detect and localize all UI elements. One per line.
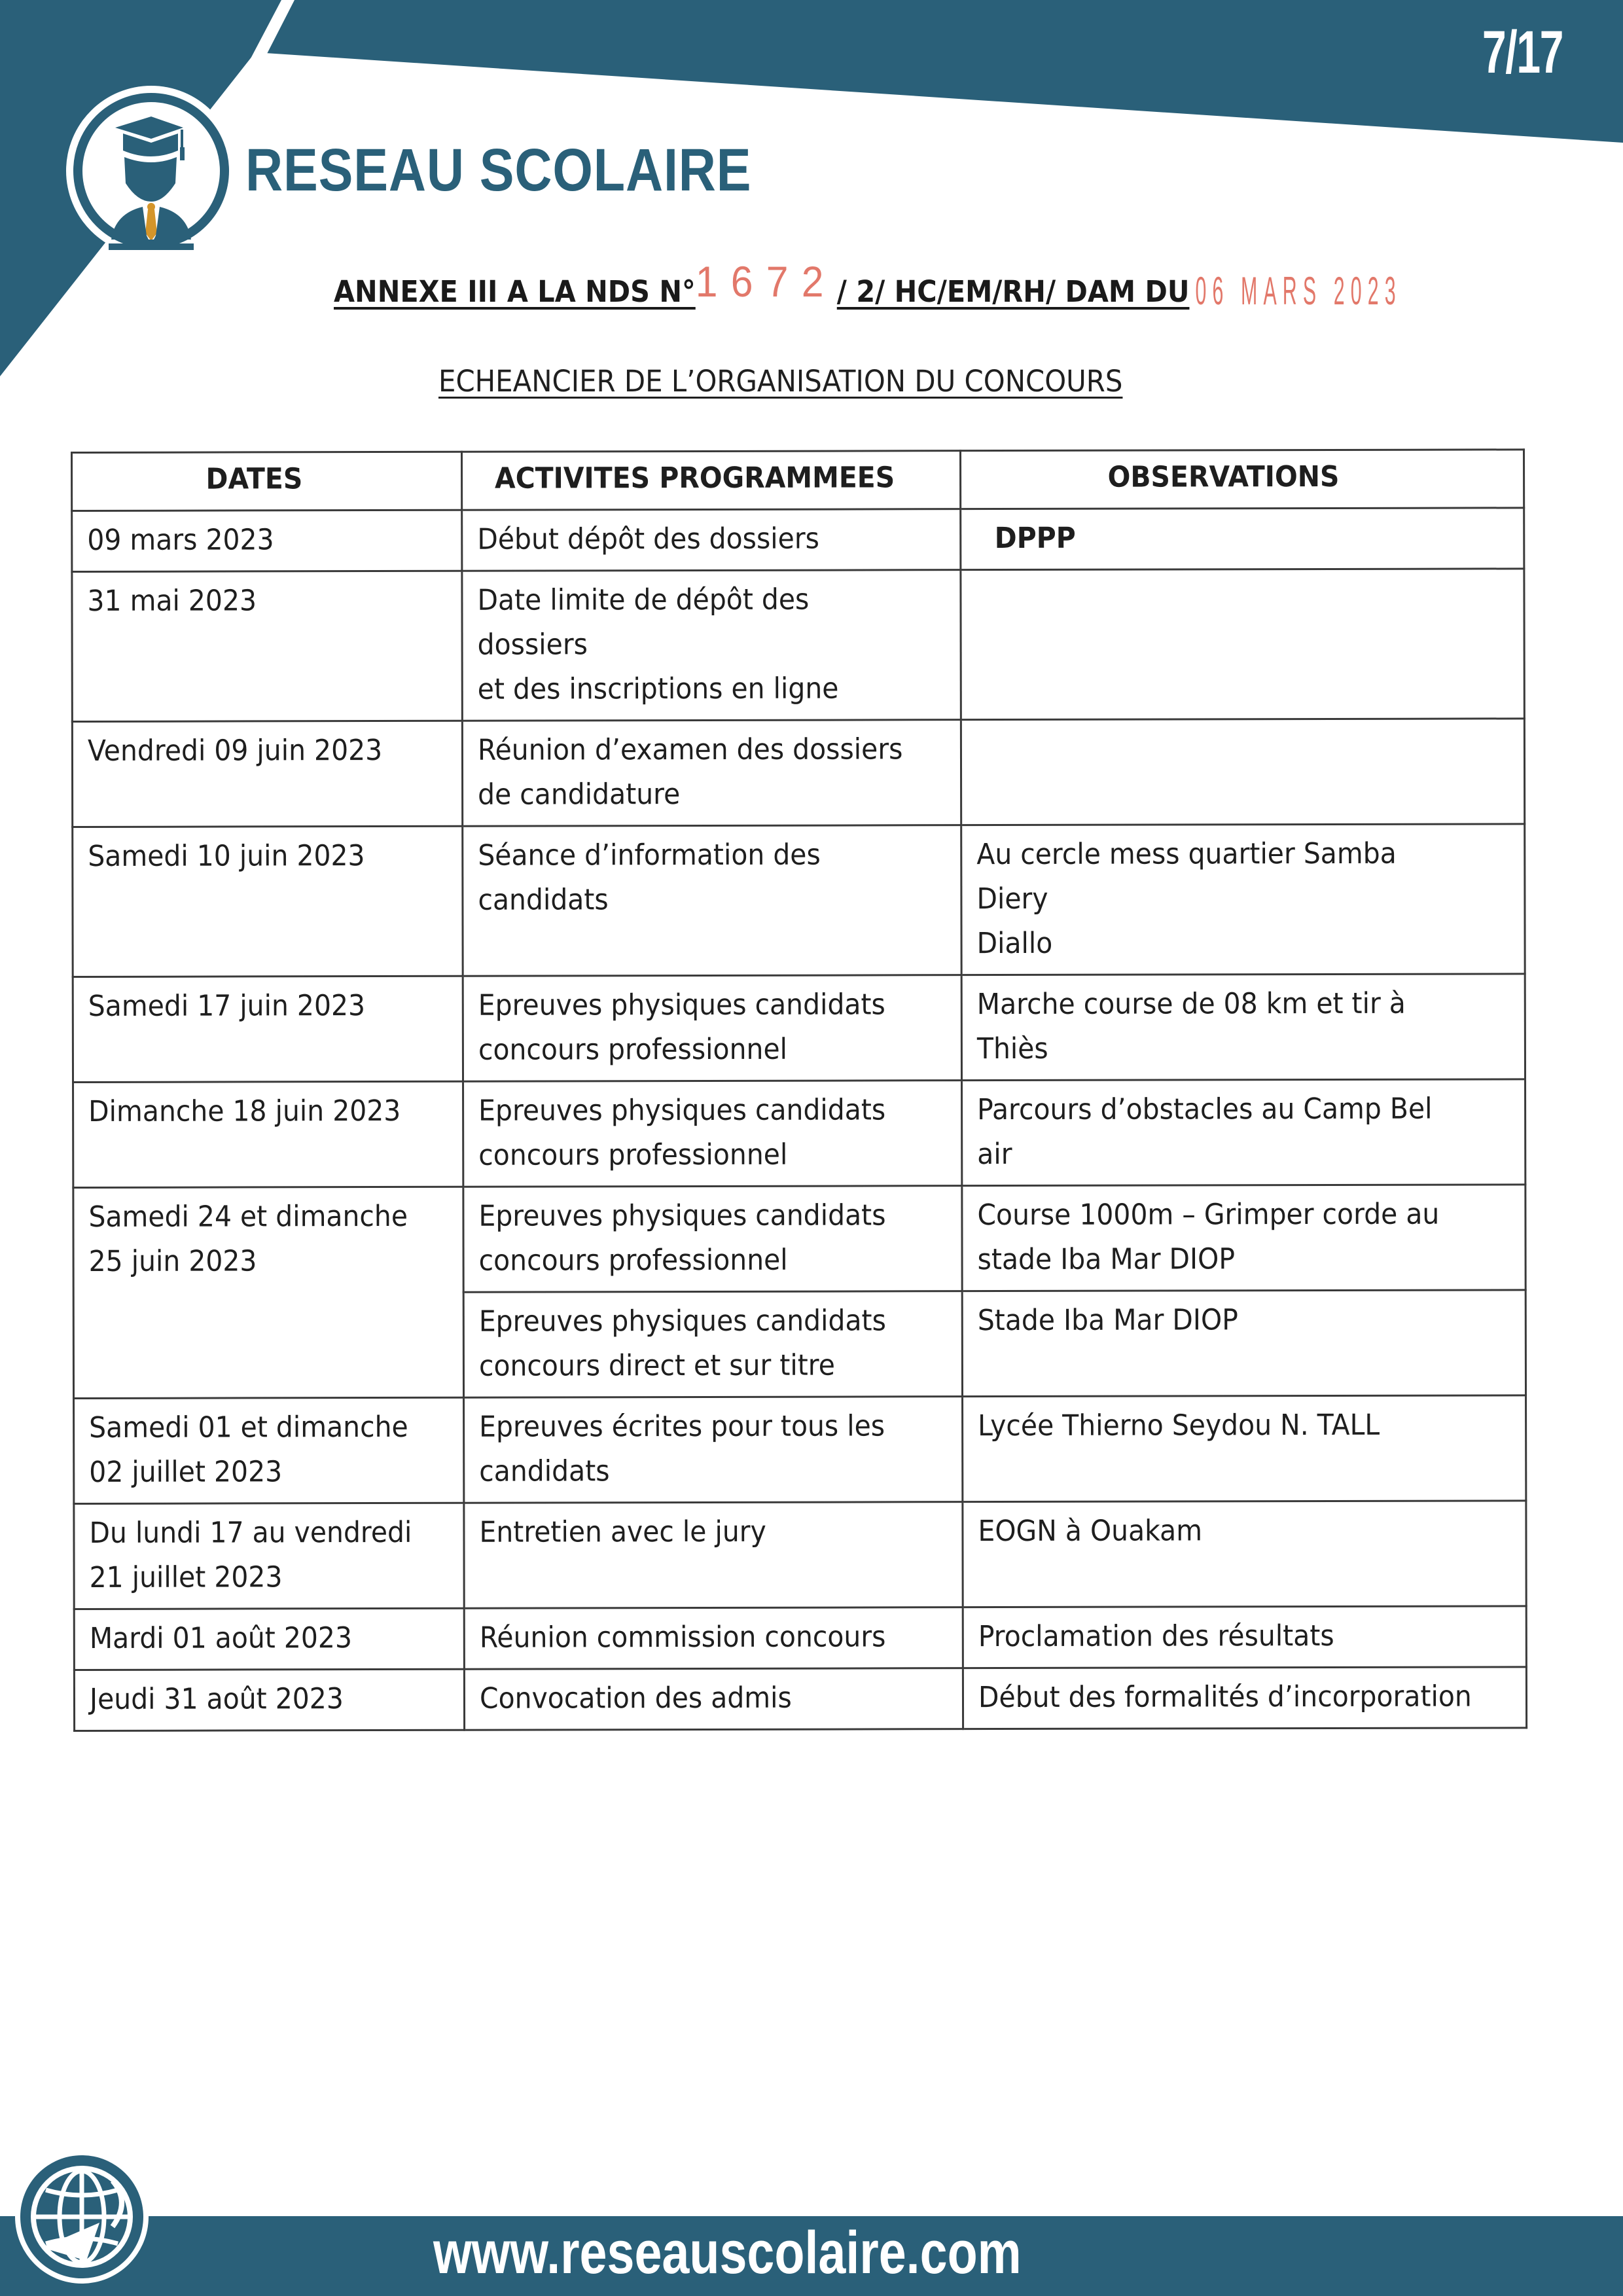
- activity-cell: Epreuves physiques candidats concours pr…: [463, 1186, 962, 1293]
- table-row: Samedi 01 et dimanche 02 juillet 2023 Ep…: [74, 1395, 1526, 1504]
- date-cell: Samedi 17 juin 2023: [73, 976, 463, 1082]
- activity-cell: Séance d’information des candidats: [463, 825, 962, 977]
- observation-cell: [961, 569, 1524, 720]
- date-cell: Du lundi 17 au vendredi 21 juillet 2023: [74, 1503, 464, 1609]
- activity-cell: Début dépôt des dossiers: [462, 509, 961, 571]
- activity-cell: Convocation des admis: [464, 1668, 963, 1731]
- table-row: Samedi 17 juin 2023 Epreuves physiques c…: [73, 974, 1525, 1083]
- observation-cell: [961, 719, 1525, 825]
- observation-cell: Parcours d’obstacles au Camp Bel air: [962, 1079, 1525, 1186]
- table-row: Vendredi 09 juin 2023 Réunion d’examen d…: [72, 719, 1524, 827]
- date-cell: Mardi 01 août 2023: [74, 1608, 464, 1670]
- observation-cell: Début des formalités d’incorporation: [963, 1667, 1527, 1729]
- column-header-activities: ACTIVITES PROGRAMMEES: [462, 451, 961, 511]
- document-subtitle: ECHEANCIER DE L’ORGANISATION DU CONCOURS: [438, 364, 1122, 399]
- date-cell: 31 mai 2023: [72, 571, 463, 721]
- title-reference: / 2/ HC/EM/RH/ DAM DU: [837, 274, 1190, 309]
- table-row: Samedi 10 juin 2023 Séance d’information…: [73, 824, 1525, 977]
- stamp-number: 1672: [696, 257, 837, 306]
- title-prefix: ANNEXE III A LA NDS N°: [334, 274, 696, 309]
- column-header-dates: DATES: [72, 452, 462, 511]
- page-indicator: 7/17: [1482, 18, 1563, 87]
- observation-cell: DPPP: [961, 508, 1524, 570]
- date-cell: Vendredi 09 juin 2023: [72, 721, 462, 827]
- table-header-row: DATES ACTIVITES PROGRAMMEES OBSERVATIONS: [72, 450, 1524, 511]
- date-cell: Samedi 10 juin 2023: [73, 826, 463, 977]
- activity-cell: Epreuves physiques candidats concours pr…: [463, 1081, 962, 1187]
- graduate-icon: [65, 85, 237, 257]
- table-row: Du lundi 17 au vendredi 21 juillet 2023 …: [74, 1501, 1526, 1609]
- activity-cell: Epreuves écrites pour tous les candidats: [464, 1397, 963, 1503]
- activity-cell: Réunion commission concours: [464, 1607, 963, 1670]
- activity-cell: Epreuves physiques candidats concours di…: [463, 1291, 962, 1398]
- date-cell: Samedi 01 et dimanche 02 juillet 2023: [74, 1397, 464, 1503]
- table-row: Mardi 01 août 2023 Réunion commission co…: [74, 1606, 1526, 1670]
- globe-icon: [14, 2149, 149, 2284]
- website-url[interactable]: www.reseauscolaire.com: [433, 2219, 1022, 2287]
- date-cell: Jeudi 31 août 2023: [74, 1669, 464, 1731]
- activity-cell: Réunion d’examen des dossiers de candida…: [462, 720, 961, 827]
- brand-name: RESEAU SCOLAIRE: [245, 136, 751, 205]
- date-cell: Samedi 24 et dimanche 25 juin 2023: [73, 1187, 464, 1398]
- table-row: Samedi 24 et dimanche 25 juin 2023 Epreu…: [73, 1185, 1525, 1293]
- date-cell: 09 mars 2023: [72, 510, 462, 571]
- table-row: 31 mai 2023 Date limite de dépôt des dos…: [72, 569, 1524, 722]
- column-header-observations: OBSERVATIONS: [961, 450, 1524, 509]
- observation-cell: Au cercle mess quartier Samba Diery Dial…: [961, 824, 1525, 975]
- observation-cell: Stade Iba Mar DIOP: [962, 1290, 1525, 1397]
- header-band: [0, 0, 1623, 393]
- observation-cell: Course 1000m – Grimper corde au stade Ib…: [962, 1185, 1525, 1291]
- stamp-date: 06 MARS 2023: [1196, 268, 1402, 314]
- observation-cell: Marche course de 08 km et tir à Thiès: [961, 974, 1525, 1081]
- activity-cell: Date limite de dépôt des dossiers et des…: [462, 570, 961, 721]
- activity-cell: Epreuves physiques candidats concours pr…: [463, 975, 961, 1082]
- date-cell: Dimanche 18 juin 2023: [73, 1081, 463, 1187]
- table-row: Jeudi 31 août 2023 Convocation des admis…: [74, 1667, 1526, 1731]
- table-row: 09 mars 2023 Début dépôt des dossiers DP…: [72, 508, 1524, 572]
- document-title: ANNEXE III A LA NDS N°1672/ 2/ HC/EM/RH/…: [334, 262, 1571, 312]
- schedule-table: DATES ACTIVITES PROGRAMMEES OBSERVATIONS…: [71, 448, 1527, 1732]
- observation-cell: Lycée Thierno Seydou N. TALL: [963, 1395, 1526, 1502]
- table-row: Dimanche 18 juin 2023 Epreuves physiques…: [73, 1079, 1525, 1188]
- observation-cell: EOGN à Ouakam: [963, 1501, 1526, 1607]
- activity-cell: Entretien avec le jury: [464, 1502, 963, 1609]
- observation-cell: Proclamation des résultats: [963, 1606, 1526, 1668]
